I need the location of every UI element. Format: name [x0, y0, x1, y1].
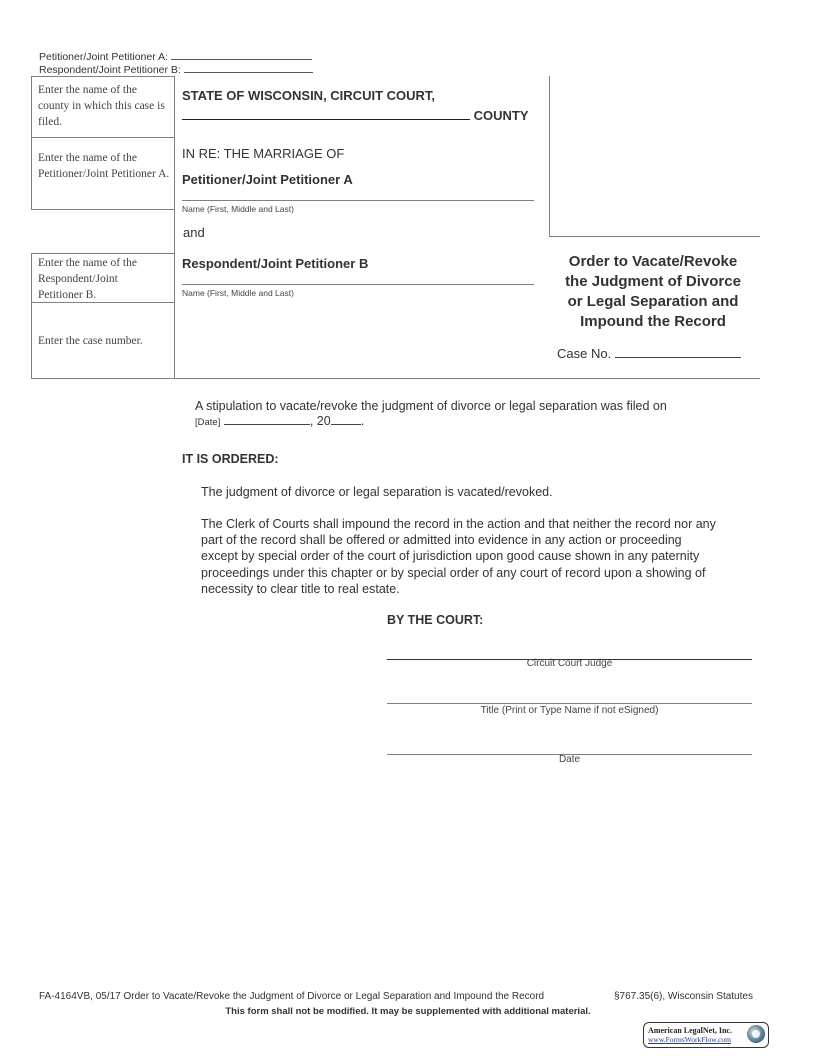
- divider: [31, 209, 174, 210]
- order-impound-line: part of the record shall be offered or a…: [201, 532, 771, 548]
- respondent-name-caption: Name (First, Middle and Last): [182, 288, 294, 298]
- stipulation-text: A stipulation to vacate/revoke the judgm…: [195, 398, 755, 414]
- by-the-court-heading: BY THE COURT:: [387, 613, 483, 627]
- logo-url[interactable]: www.FormsWorkFlow.com: [648, 1035, 731, 1044]
- order-impound-line: The Clerk of Courts shall impound the re…: [201, 516, 771, 532]
- respondent-header-label: Respondent/Joint Petitioner B:: [39, 64, 181, 76]
- form-info: FA-4164VB, 05/17 Order to Vacate/Revoke …: [39, 991, 544, 1002]
- ordered-heading: IT IS ORDERED:: [182, 452, 279, 466]
- and-label: and: [183, 225, 205, 240]
- case-number-label: Case No.: [557, 346, 611, 361]
- case-number-field: Case No.: [557, 346, 741, 361]
- year-suffix: .: [361, 414, 364, 428]
- stipulation-date-field: [Date] , 20.: [195, 414, 364, 428]
- year-prefix: , 20: [310, 414, 331, 428]
- respondent-name-input[interactable]: [182, 284, 534, 285]
- order-impound-line: proceedings under this chapter or by spe…: [201, 565, 771, 581]
- court-heading: STATE OF WISCONSIN, CIRCUIT COURT,: [182, 88, 435, 103]
- stipulation-date-input[interactable]: [224, 414, 310, 425]
- signature-date-caption: Date: [387, 754, 752, 765]
- divider: [31, 76, 32, 209]
- divider: [31, 137, 174, 138]
- respondent-hint: Enter the name of the Respondent/Joint P…: [38, 255, 158, 303]
- globe-icon: [747, 1025, 765, 1043]
- petitioner-header-field: Petitioner/Joint Petitioner A:: [39, 49, 312, 63]
- county-label: COUNTY: [474, 108, 529, 123]
- form-title-line: the Judgment of Divorce: [548, 272, 758, 292]
- petitioner-name-caption: Name (First, Middle and Last): [182, 204, 294, 214]
- respondent-header-field: Respondent/Joint Petitioner B:: [39, 62, 313, 76]
- county-field: COUNTY: [182, 106, 542, 123]
- form-title-line: or Legal Separation and: [548, 292, 758, 312]
- order-vacate-text: The judgment of divorce or legal separat…: [201, 484, 553, 500]
- divider: [31, 76, 174, 77]
- divider: [31, 378, 760, 379]
- modification-notice: This form shall not be modified. It may …: [0, 1006, 816, 1017]
- divider: [31, 253, 174, 254]
- in-re-heading: IN RE: THE MARRIAGE OF: [182, 146, 344, 161]
- filing-stamp-area: [549, 76, 550, 236]
- american-legalnet-logo[interactable]: American LegalNet, Inc. www.FormsWorkFlo…: [643, 1022, 769, 1048]
- county-hint: Enter the name of the county in which th…: [38, 82, 170, 130]
- county-input[interactable]: [182, 106, 470, 120]
- order-impound-line: except by special order of the court of …: [201, 548, 771, 564]
- judge-signature-caption: Circuit Court Judge: [387, 658, 752, 669]
- case-number-hint: Enter the case number.: [38, 333, 170, 349]
- statute-reference: §767.35(6), Wisconsin Statutes: [614, 991, 753, 1002]
- form-title-line: Order to Vacate/Revoke: [548, 252, 758, 272]
- date-label: [Date]: [195, 417, 220, 428]
- petitioner-hint: Enter the name of the Petitioner/Joint P…: [38, 150, 170, 182]
- divider: [174, 76, 175, 378]
- respondent-header-input[interactable]: [184, 62, 313, 73]
- form-title-line: Impound the Record: [548, 312, 758, 332]
- order-impound-text: The Clerk of Courts shall impound the re…: [201, 516, 771, 597]
- form-title: Order to Vacate/Revoke the Judgment of D…: [548, 252, 758, 332]
- title-signature-caption: Title (Print or Type Name if not eSigned…: [387, 705, 752, 716]
- petitioner-header-input[interactable]: [171, 49, 312, 60]
- title-signature-line[interactable]: [387, 703, 752, 704]
- stipulation-year-input[interactable]: [331, 414, 361, 425]
- petitioner-name-label: Petitioner/Joint Petitioner A: [182, 172, 353, 187]
- divider: [31, 253, 32, 378]
- divider: [549, 236, 760, 237]
- petitioner-name-input[interactable]: [182, 200, 534, 201]
- case-number-input[interactable]: [615, 346, 741, 358]
- respondent-name-label: Respondent/Joint Petitioner B: [182, 256, 368, 271]
- order-impound-line: necessity to clear title to real estate.: [201, 581, 771, 597]
- logo-name: American LegalNet, Inc.: [648, 1026, 732, 1035]
